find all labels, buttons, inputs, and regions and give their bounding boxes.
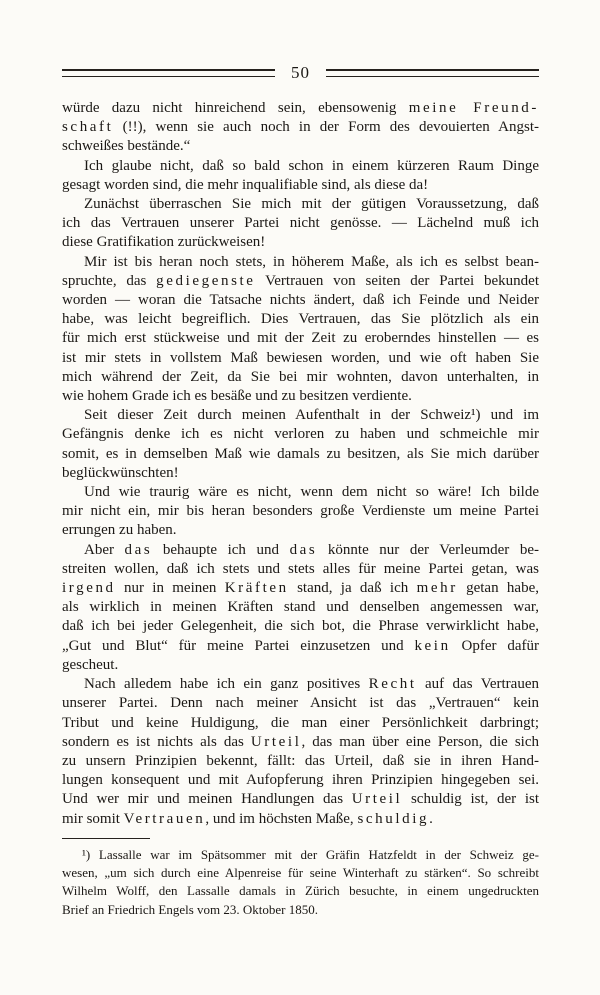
footnote-separator	[62, 838, 150, 839]
text-line: irgend nur in meinen Kräften stand, ja d…	[62, 579, 539, 598]
text-line: schweißes bestände.“	[62, 137, 539, 156]
text-line: mir nicht ein, mir bis heran besonders g…	[62, 502, 539, 521]
text-line: habe, was leicht begreiflich. Dies Vertr…	[62, 310, 539, 329]
paragraph: Zunächst überraschen Sie mich mit der gü…	[62, 195, 539, 253]
text-line: Mir ist bis heran noch stets, in höherem…	[62, 253, 539, 272]
text-line: würde dazu nicht hinreichend sein, ebens…	[62, 99, 539, 118]
header-rule-right	[326, 69, 539, 77]
text-line: gesagt worden sind, die mehr inqualifiab…	[62, 176, 539, 195]
text-line: sondern es ist nichts als das Urteil, da…	[62, 733, 539, 752]
text-line: Und wer mir und meinen Handlungen das Ur…	[62, 790, 539, 809]
emphasized-text: Kräften	[225, 580, 289, 596]
emphasized-text: meine Freund-	[409, 100, 539, 116]
paragraph: Aber das behaupte ich und das könnte nur…	[62, 541, 539, 675]
text-line: worden — woran die Tatsache nichts änder…	[62, 291, 539, 310]
text-line: mir somit Vertrauen, und im höchsten Maß…	[62, 810, 539, 829]
text-line: gescheut.	[62, 656, 539, 675]
emphasized-text: Urteil	[352, 791, 403, 807]
paragraph: würde dazu nicht hinreichend sein, ebens…	[62, 99, 539, 157]
text-line: beglückwünschten!	[62, 464, 539, 483]
text-line: daß ich bei jeder Gelegenheit, die sich …	[62, 617, 539, 636]
emphasized-text: schuldig	[357, 811, 429, 827]
text-line: Ich glaube nicht, daß so bald schon in e…	[62, 157, 539, 176]
text-line: Und wie traurig wäre es nicht, wenn dem …	[62, 483, 539, 502]
emphasized-text: das	[290, 542, 318, 558]
emphasized-text: Urteil	[251, 734, 302, 750]
text-line: ist mir stets in vollstem Maß bewiesen w…	[62, 349, 539, 368]
text-line: Seit dieser Zeit durch meinen Aufenthalt…	[62, 406, 539, 425]
header-rule-left	[62, 69, 275, 77]
text-line: spruchte, das gediegenste Vertrauen von …	[62, 272, 539, 291]
text-line: Gefängnis denke ich es nicht verloren zu…	[62, 425, 539, 444]
text-line: lungen konsequent und mit Aufopferung ih…	[62, 771, 539, 790]
text-line: Nach alledem habe ich ein ganz positives…	[62, 675, 539, 694]
footnote-line: Wilhelm Wolff, den Lassalle damals in Zü…	[62, 882, 539, 900]
emphasized-text: irgend	[62, 580, 116, 596]
paragraph: Mir ist bis heran noch stets, in höherem…	[62, 253, 539, 407]
footnote-line: wesen, „um sich durch eine Alpenreise fü…	[62, 864, 539, 882]
paragraph: Und wie traurig wäre es nicht, wenn dem …	[62, 483, 539, 541]
emphasized-text: Recht	[369, 676, 417, 692]
text-line: „Gut und Blut“ für meine Partei einzuset…	[62, 637, 539, 656]
book-page: 50 würde dazu nicht hinreichend sein, eb…	[0, 0, 600, 995]
text-line: für mich erst stückweise und mit der Zei…	[62, 329, 539, 348]
text-line: mich während der Zeit, da Sie bei mir wo…	[62, 368, 539, 387]
running-head: 50	[62, 64, 539, 81]
text-line: als wirklich in meinen Kräften stand und…	[62, 598, 539, 617]
text-line: Zunächst überraschen Sie mich mit der gü…	[62, 195, 539, 214]
footnote-line: ¹) Lassalle war im Spätsommer mit der Gr…	[62, 846, 539, 864]
text-block: würde dazu nicht hinreichend sein, ebens…	[62, 99, 539, 829]
emphasized-text: das	[125, 542, 153, 558]
footnote-line: Brief an Friedrich Engels vom 23. Oktobe…	[62, 901, 539, 919]
text-line: Aber das behaupte ich und das könnte nur…	[62, 541, 539, 560]
text-line: Tribut und keine Huldigung, die man eine…	[62, 714, 539, 733]
footnote-block: ¹) Lassalle war im Spätsommer mit der Gr…	[62, 846, 539, 919]
text-line: errungen zu haben.	[62, 521, 539, 540]
emphasized-text: schaft	[62, 119, 113, 135]
text-line: unserer Partei. Denn nach meiner Ansicht…	[62, 694, 539, 713]
text-line: ich das Vertrauen unserer Partei nicht g…	[62, 214, 539, 233]
emphasized-text: kein	[414, 638, 450, 654]
text-line: streiten wollen, daß ich stets und stets…	[62, 560, 539, 579]
text-line: wie hohem Grade ich es besäße und zu bes…	[62, 387, 539, 406]
page-number: 50	[275, 64, 326, 81]
text-line: schaft (!!), wenn sie auch noch in der F…	[62, 118, 539, 137]
emphasized-text: mehr	[417, 580, 458, 596]
paragraph: Seit dieser Zeit durch meinen Aufenthalt…	[62, 406, 539, 483]
paragraph: Ich glaube nicht, daß so bald schon in e…	[62, 157, 539, 195]
text-line: diese Gratifikation zurückweisen!	[62, 233, 539, 252]
emphasized-text: gediegenste	[156, 273, 255, 289]
text-line: zu unsern Prinzipien bekennt, fällt: das…	[62, 752, 539, 771]
text-line: somit, es in demselben Maß wie damals zu…	[62, 445, 539, 464]
paragraph: Nach alledem habe ich ein ganz positives…	[62, 675, 539, 829]
emphasized-text: Vertrauen	[124, 811, 206, 827]
